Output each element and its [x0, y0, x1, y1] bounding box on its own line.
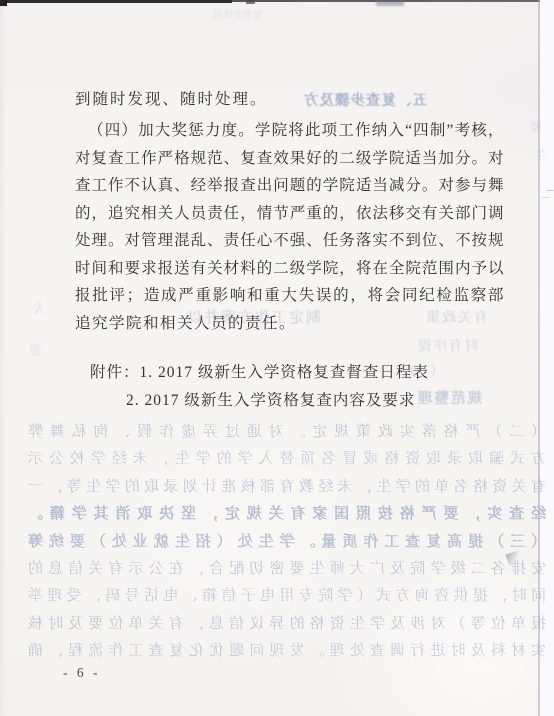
- bleedthrough-line: 同时，提供咨询方式（学院专用电子信箱、电话号码，受理举: [28, 583, 546, 610]
- bleedthrough-fragment-time: 时有序提: [416, 334, 478, 354]
- scan-top-edge-dark-segment: [0, 0, 232, 3]
- page-left-edge-tint: [0, 0, 7, 716]
- paragraph-line: 处理。对管理混乱、责任心不强、任务落实不到位、不按规定: [75, 227, 504, 255]
- bleedthrough-line: 经查实，要严格按照国家有关规定，坚决取消其学籍。: [28, 501, 546, 528]
- bleedthrough-paragraph-block: （二）严格落实政策规定。对通过弄虚作假、徇私舞弊 方式骗取录取资格或冒名顶替入学…: [28, 419, 546, 666]
- scan-speck: [246, 0, 255, 4]
- paragraph-closing-line: 到随时发现、随时处理。: [75, 86, 504, 114]
- paragraph-line: 对复查工作严格规范、复查效果好的二级学院适当加分。对复: [75, 145, 504, 173]
- paragraph-line: 报批评；造成严重影响和重大失误的，将会同纪检监察部门，: [75, 282, 504, 310]
- paragraph-line: 时间和要求报送有关材料的二级学院，将在全院范围内予以通: [75, 255, 504, 283]
- paragraph-four: （四）加大奖惩力度。学院将此项工作纳入“四制”考核， 对复查工作严格规范、复查效…: [75, 117, 504, 337]
- attachment-line-2: 2. 2017 级新生入学资格复查内容及要求: [126, 388, 415, 414]
- bleedthrough-line: 方式骗取录取资格或冒名顶替入学的学生，未经学校公示: [28, 446, 546, 473]
- bleedthrough-fragment-norm: 规范整理: [416, 387, 482, 408]
- bleedthrough-line: 有关资格名单的学生，未经教育部核准计划录取的学生等，一: [28, 474, 546, 501]
- paragraph-line: 的，追究相关人员责任，情节严重的，依法移交有关部门调查: [75, 200, 504, 228]
- bleedthrough-line: （二）严格落实政策规定。对通过弄虚作假、徇私舞弊: [28, 419, 546, 446]
- bleedthrough-fragment-right-a: 要: [530, 118, 542, 135]
- paragraph-line: （四）加大奖惩力度。学院将此项工作纳入“四制”考核，: [75, 117, 504, 145]
- attachment-line-1: 附件：1. 2017 级新生入学资格复查督查日程表: [90, 360, 429, 386]
- paragraph-line: 追究学院和相关人员的责任。: [75, 310, 504, 338]
- bleedthrough-fragment-left-b: 要: [29, 340, 42, 359]
- bleedthrough-line: 实材料及时进行调查处理。发现问题优化复查工作流程，确: [28, 638, 546, 665]
- bleedthrough-fragment-left-a: 大: [33, 298, 46, 317]
- bleedthrough-line: 报单位等）对涉及学生资格的异议信息，有关单位要及时核: [28, 611, 546, 638]
- bleedthrough-fragment-right-b: 生: [534, 146, 546, 163]
- bleedthrough-line: （三）提高复查工作质量。学生处（招生就业处）要统筹: [28, 529, 546, 556]
- bleedthrough-line: 安排各二级学院及广大师生要密切配合，在公示有关信息的: [28, 556, 546, 583]
- paragraph-line: 查工作不认真、经举报查出问题的学院适当减分。对参与舞弊: [75, 172, 504, 200]
- page-number: - 6 -: [63, 665, 101, 681]
- scan-smudge: [376, 0, 404, 6]
- scanned-document-page: 五、复查步骤及方法 复查安排用 要 生 大 要 制定工作方案并以 有关政策 时有…: [0, 0, 554, 716]
- bleedthrough-fragment-top: 复查安排用: [213, 6, 263, 21]
